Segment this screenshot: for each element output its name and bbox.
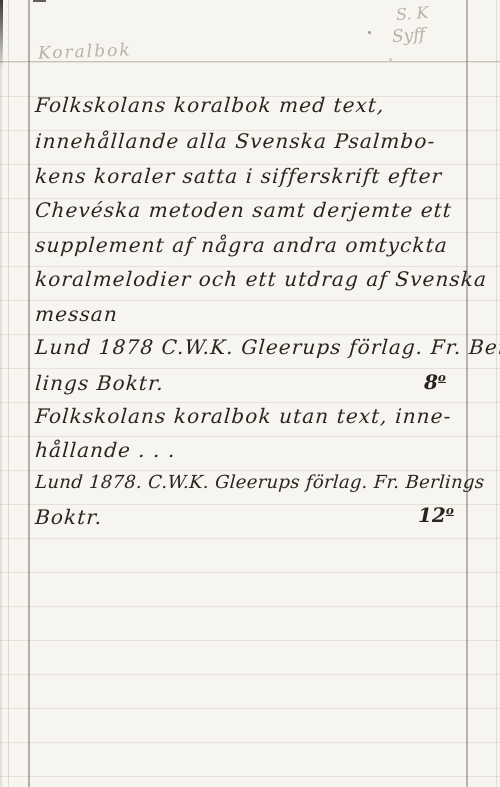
left-faint-margin-line [8, 0, 9, 787]
pencil-shelfmark-line1: S. K [395, 3, 429, 24]
manuscript-line: Chevéska metoden samt derjemte ett [34, 193, 472, 227]
manuscript-page: S. K Syff Koralbok Folkskolans koralbok … [0, 0, 500, 787]
scan-edge-soft [0, 0, 2, 787]
format-number: 8 [424, 370, 438, 394]
manuscript-line: Folkskolans koralbok med text, [34, 88, 472, 122]
manuscript-line: innehållande alla Svenska Psalmbo- [34, 124, 472, 158]
manuscript-line: messan [34, 297, 472, 331]
manuscript-line: Folkskolans koralbok utan text, inne- [34, 399, 472, 433]
scan-edge-tick [33, 0, 46, 2]
manuscript-line: Boktr. [34, 500, 472, 534]
format-mark-duodecimo: 12o [418, 503, 454, 527]
format-suffix: o [438, 370, 446, 384]
left-margin-line [28, 0, 30, 787]
manuscript-line: hållande . . . [34, 433, 472, 467]
manuscript-line: kens koraler satta i sifferskrift efter [34, 159, 472, 193]
manuscript-line: Lund 1878 C.W.K. Gleerups förlag. Fr. Be… [34, 330, 472, 364]
format-number: 12 [418, 503, 446, 527]
manuscript-line: lings Boktr. [34, 366, 472, 400]
manuscript-line: supplement af några andra omtyckta [34, 228, 472, 262]
manuscript-line: koralmelodier och ett utdrag af Svenska [34, 262, 472, 296]
format-suffix: o [446, 503, 454, 517]
pencil-shelfmark-line2: Syff [391, 25, 426, 47]
right-faint-margin-line [496, 0, 497, 787]
pencil-title-note: Koralbok [38, 40, 132, 63]
manuscript-line: Lund 1878. C.W.K. Gleerups förlag. Fr. B… [34, 466, 472, 500]
paper-speck [368, 31, 371, 34]
format-mark-octavo: 8o [424, 370, 446, 394]
paper-speck [389, 58, 392, 61]
